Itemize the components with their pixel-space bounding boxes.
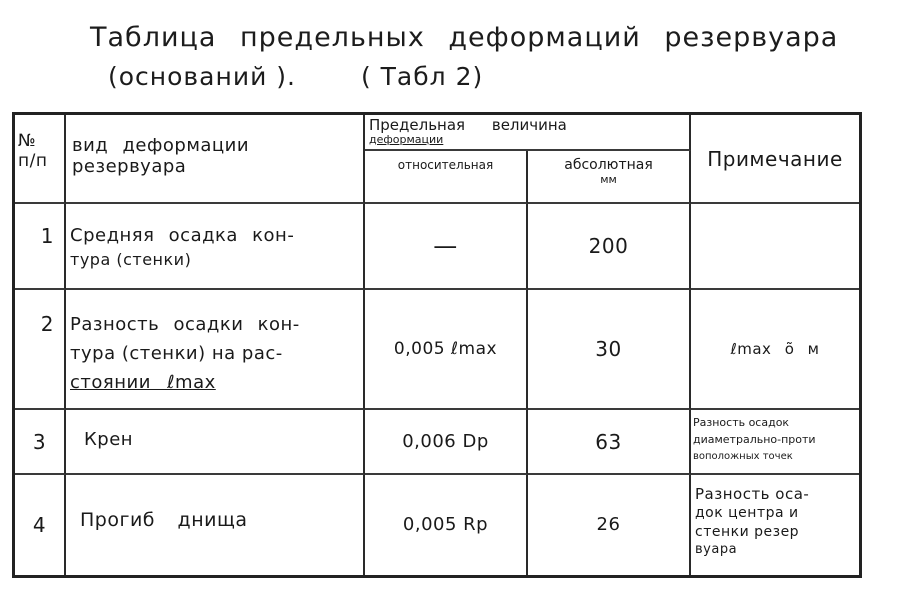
row-4-absolute: 26	[528, 475, 691, 575]
header-absolute-label: абсолютная	[564, 157, 653, 173]
absolute-value: 30	[595, 337, 621, 361]
subtitle-text: (оснований ).	[108, 62, 296, 91]
row-1-note	[691, 204, 859, 290]
row-1-number: 1	[15, 204, 66, 290]
note-line: Разность оса-	[695, 485, 859, 504]
row-number: 1	[41, 224, 54, 248]
row-type-line: тура (стенки) на рас-	[70, 339, 363, 368]
row-2-relative: 0,005 ℓmax	[365, 290, 528, 410]
row-3-note: Разность осадок диаметрально-проти вопол…	[691, 410, 859, 475]
row-type-line: Разность осадки кон-	[70, 310, 363, 339]
row-3-relative: 0,006 Dр	[365, 410, 528, 475]
row-4-note: Разность оса- док центра и стенки резер …	[691, 475, 859, 575]
absolute-value: 200	[589, 234, 629, 258]
row-number: 3	[33, 430, 46, 454]
header-limit-line2: деформации	[369, 133, 689, 146]
header-limit-group: Предельная величина деформации	[365, 115, 691, 151]
header-absolute-unit: мм	[600, 173, 617, 186]
note-line: док центра и	[695, 504, 859, 523]
row-type-line: тура (стенки)	[70, 248, 363, 272]
row-2-note: ℓmax õ м	[691, 290, 859, 410]
row-type-line: Крен	[84, 429, 133, 450]
row-3-type: Крен	[66, 410, 365, 475]
header-note-label: Примечание	[707, 147, 843, 171]
absolute-value: 63	[595, 430, 621, 454]
row-1-type: Средняя осадка кон- тура (стенки)	[66, 204, 365, 290]
relative-value: 0,005 ℓmax	[394, 337, 497, 361]
relative-value: 0,006 Dр	[402, 430, 489, 454]
table-reference: ( Табл 2)	[361, 62, 483, 91]
deformation-table: № п/п вид деформации резервуара Предельн…	[12, 112, 862, 578]
row-4-number: 4	[15, 475, 66, 575]
row-3-number: 3	[15, 410, 66, 475]
header-type-line2: резервуара	[72, 156, 363, 177]
header-absolute: абсолютная мм	[528, 151, 691, 204]
document-subtitle: (оснований ). ( Табл 2)	[108, 62, 483, 91]
row-4-type: Прогиб днища	[66, 475, 365, 575]
note-line: диаметрально-проти	[693, 431, 859, 448]
header-note: Примечание	[691, 115, 859, 204]
note-line: воположных точек	[693, 448, 859, 465]
row-number: 2	[41, 312, 54, 336]
row-type-line: Средняя осадка кон-	[70, 224, 363, 248]
note-line: Разность осадок	[693, 414, 859, 431]
row-2-type: Разность осадки кон- тура (стенки) на ра…	[66, 290, 365, 410]
row-3-absolute: 63	[528, 410, 691, 475]
absolute-value: 26	[597, 513, 621, 537]
header-number: № п/п	[15, 115, 66, 204]
row-4-relative: 0,005 Rр	[365, 475, 528, 575]
note-value: ℓmax õ м	[731, 337, 820, 361]
header-relative: относительная	[365, 151, 528, 204]
header-relative-label: относительная	[398, 157, 493, 173]
row-1-relative: —	[365, 204, 528, 290]
relative-value: 0,005 Rр	[403, 513, 488, 537]
row-2-number: 2	[15, 290, 66, 410]
relative-value: —	[433, 234, 458, 258]
header-number-line2: п/п	[18, 151, 64, 171]
row-1-absolute: 200	[528, 204, 691, 290]
header-type-line1: вид деформации	[72, 135, 363, 156]
header-type: вид деформации резервуара	[66, 115, 365, 204]
row-type-line: стоянии ℓmax	[70, 368, 363, 397]
note-line: стенки резер	[695, 523, 859, 542]
note-line: вуара	[695, 542, 859, 557]
row-2-absolute: 30	[528, 290, 691, 410]
row-number: 4	[33, 513, 46, 537]
header-limit-line1: Предельная величина	[369, 117, 689, 133]
header-number-line1: №	[18, 131, 64, 151]
document-title: Таблица предельных деформаций резервуара	[90, 22, 838, 53]
row-type-line: Прогиб днища	[80, 509, 248, 531]
